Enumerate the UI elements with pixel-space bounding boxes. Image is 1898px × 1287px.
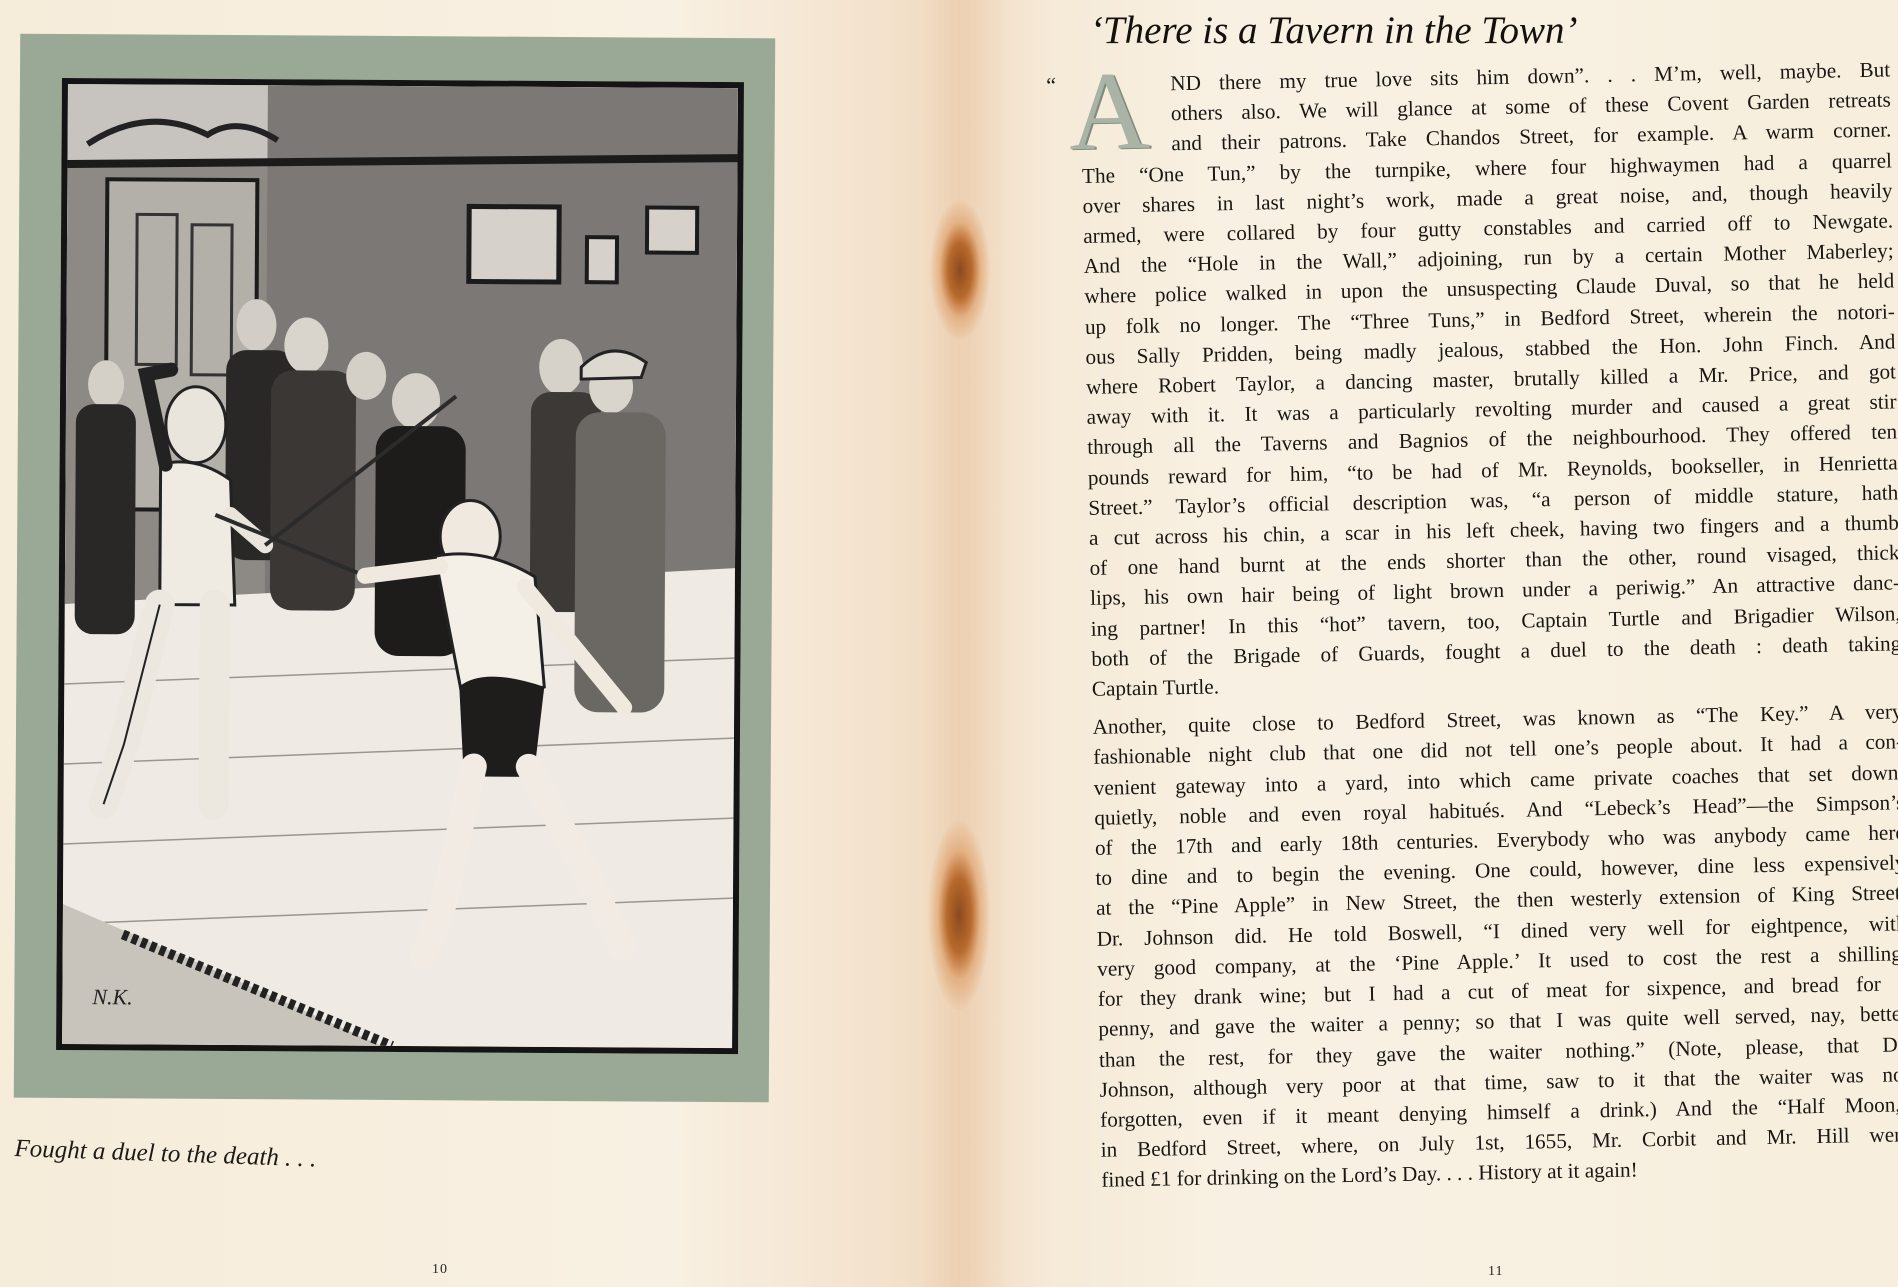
- book-gutter: [920, 0, 1010, 1287]
- drop-cap: A: [1068, 63, 1151, 161]
- paper-stain-upper: [930, 200, 990, 340]
- paper-stain-lower: [928, 820, 990, 1010]
- artist-signature: N.K.: [91, 984, 133, 1009]
- chapter-title: ‘There is a Tavern in the Town’: [1090, 8, 1578, 53]
- body-text: “ A ND there my true love sits him down”…: [1080, 54, 1898, 1195]
- opening-quote: “: [1046, 70, 1056, 100]
- duel-scene-drawing: N.K.: [62, 84, 738, 1048]
- left-page: N.K. Fought a duel to the death . . . 10: [0, 0, 960, 1287]
- page-number-left: 10: [432, 1262, 448, 1278]
- paragraph-1: “ A ND there my true love sits him down”…: [1080, 54, 1898, 704]
- paragraph-2: Another, quite close to Bedford Street, …: [1092, 697, 1898, 1196]
- illustration-plate: N.K.: [14, 34, 775, 1103]
- illustration-caption: Fought a duel to the death . . .: [14, 1135, 317, 1174]
- duel-illustration: N.K.: [56, 78, 744, 1054]
- book-spread: N.K. Fought a duel to the death . . . 10…: [0, 0, 1898, 1287]
- page-number-right: 11: [1488, 1264, 1503, 1280]
